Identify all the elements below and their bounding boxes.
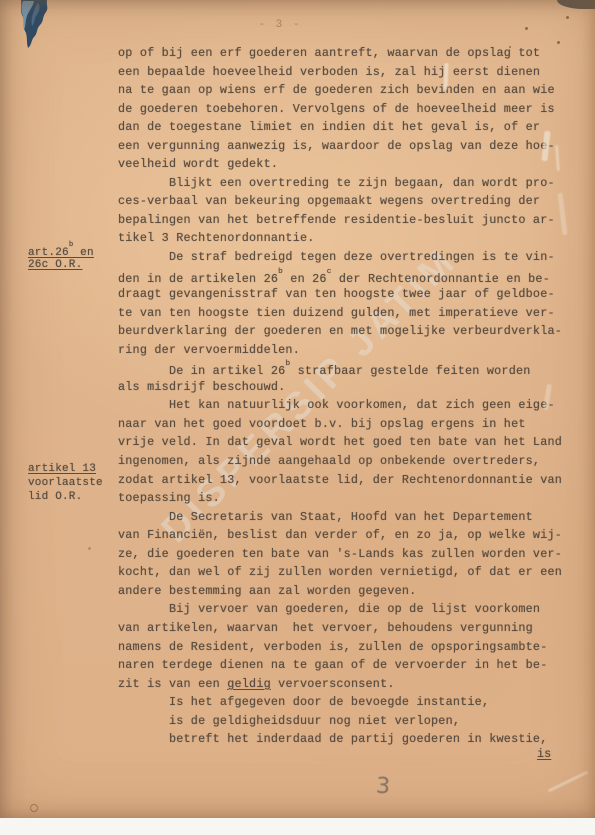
text-line: bepalingen van het betreffende residenti… [118, 211, 562, 230]
text-line: de goederen toebehoren. Vervolgens of de… [118, 100, 562, 119]
text-line: Het kan natuurlijk ook voorkomen, dat zi… [118, 396, 562, 415]
text-line: betreft het inderdaad de partij goederen… [118, 730, 562, 749]
text-line: kocht, dan wel of zij zullen worden vern… [118, 563, 562, 582]
margin-note-artikel-13: artikel 13voorlaatstelid O.R. [28, 463, 103, 505]
text-line: De in artikel 26b strafbaar gestelde fei… [118, 359, 562, 378]
text-line: De Secretaris van Staat, Hoofd van het D… [118, 508, 562, 527]
text-line: lid O.R. [28, 491, 103, 505]
text-line: De straf bedreigd tegen deze overtreding… [118, 248, 562, 267]
text-line: ze, die goederen ten bate van 's-Lands k… [118, 545, 562, 564]
ink-speck [525, 27, 528, 30]
text-line: dan de toegestane limiet en indien dit h… [118, 118, 562, 137]
ink-speck [566, 16, 569, 19]
text-line: tikel 3 Rechtenordonnantie. [118, 229, 562, 248]
margin-note-art-26b: art.26b en26c O.R. [28, 245, 94, 273]
text-line: zit is van een geldig vervoersconsent. [118, 675, 562, 694]
text-line: te van ten hoogste tien duizend gulden, … [118, 304, 562, 323]
text-line: vrije veld. In dat geval wordt het goed … [118, 433, 562, 452]
text-line: den in de artikelen 26b en 26c der Recht… [118, 267, 562, 286]
text-line: na te gaan op wiens erf de goederen zich… [118, 81, 562, 100]
text-line: als misdrijf beschouwd. [118, 378, 562, 397]
text-line: is de geldigheidsduur nog niet verlopen, [118, 712, 562, 731]
text-line: naren terdege dienen na te gaan of de ve… [118, 656, 562, 675]
ink-speck [88, 547, 91, 550]
text-line: ring der vervoermiddelen. [118, 341, 562, 360]
hole-mark [30, 804, 38, 812]
scratch-mark [548, 771, 589, 793]
text-line: van Financiën, beslist dan verder of, en… [118, 526, 562, 545]
text-line: 26c O.R. [28, 259, 94, 273]
catchword: is [537, 747, 551, 761]
text-line: naar van het goed voordoet b.v. bij opsl… [118, 415, 562, 434]
ink-speck [509, 46, 511, 48]
text-line: van artikelen, waarvan het vervoer, beho… [118, 619, 562, 638]
scanned-document: { "document": { "page_number_top": "- 3 … [0, 0, 595, 835]
text-line: een vergunning aanwezig is, waardoor de … [118, 137, 562, 156]
text-line: ingenomen, als zijnde aangehaald op onbe… [118, 452, 562, 471]
text-line: op of bij een erf goederen aantreft, waa… [118, 44, 562, 63]
text-line: draagt gevangenisstraf van ten hoogste t… [118, 285, 562, 304]
ink-speck [557, 41, 560, 44]
text-line: Bij vervoer van goederen, die op de lijs… [118, 600, 562, 619]
handwritten-page-number: 3 [375, 774, 391, 800]
text-line: een bepaalde hoeveelheid verboden is, za… [118, 63, 562, 82]
page-number: - 3 - [243, 19, 317, 31]
text-line: artikel 13 [28, 463, 103, 477]
text-line: toepassing is. [118, 489, 562, 508]
text-line: zodat artikel 13, voorlaatste lid, der R… [118, 471, 562, 490]
text-line: art.26b en [28, 245, 94, 259]
document-page: DISPERSIP JATIM - 3 - art.26b en26c O.R.… [0, 0, 595, 818]
body-text: op of bij een erf goederen aantreft, waa… [118, 44, 562, 749]
text-line: Blijkt een overtreding te zijn begaan, d… [118, 174, 562, 193]
text-line: andere bestemming aan zal worden gegeven… [118, 582, 562, 601]
text-line: namens de Resident, verboden is, zullen … [118, 638, 562, 657]
blue-ink-stain [13, 0, 53, 52]
text-line: Is het afgegeven door de bevoegde instan… [118, 693, 562, 712]
text-line: ces-verbaal van bekeuring opgemaakt wege… [118, 192, 562, 211]
text-line: veelheid wordt gedekt. [118, 155, 562, 174]
scan-edge-artifact [557, 0, 595, 9]
text-line: beurdverklaring der goederen en met moge… [118, 322, 562, 341]
text-line: voorlaatste [28, 477, 103, 491]
